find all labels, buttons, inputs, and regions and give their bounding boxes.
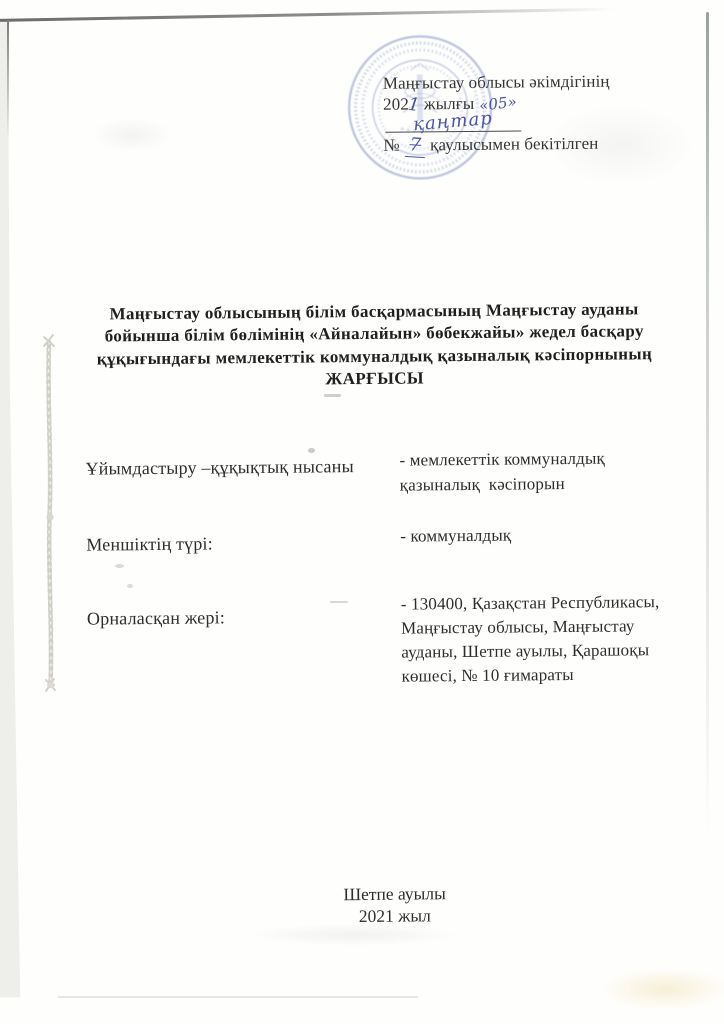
approval-line-number: № 7 қаулысымен бекітілген (383, 133, 643, 157)
approval-block: Маңғыстау облысы әкімдігінің 2021 жылғы … (383, 71, 644, 156)
field-row-legal-form: Ұйымдастыру –құқықтық нысаны - мемлекетт… (0, 445, 724, 452)
handwritten-number: 7 (405, 134, 426, 157)
field-row-location: Орналасқан жері: - 130400, Қазақстан Рес… (2, 590, 724, 597)
page-content: Маңғыстау облысы әкімдігінің 2021 жылғы … (0, 0, 724, 1024)
document-title: Маңғыстау облысының білім басқармасының … (59, 298, 690, 394)
field-label-location: Орналасқан жері: (87, 606, 387, 630)
field-value-location: - 130400, Қазақстан Республикасы, Маңғыс… (401, 590, 702, 689)
scanned-document-page: Маңғыстау облысы әкімдігінің 2021 жылғы … (0, 0, 724, 1024)
field-label-ownership-type: Меншіктің түрі: (86, 532, 386, 556)
handwritten-month: қаңтар (413, 109, 494, 136)
field-label-legal-form: Ұйымдастыру –құқықтық нысаны (85, 456, 385, 480)
field-value-legal-form: - мемлекеттік коммуналдық қазыналық кәсі… (399, 445, 699, 498)
approval-year-typed: 202 (383, 94, 409, 113)
approval-line-date: 2021 жылғы «05»қаңтар (383, 92, 643, 135)
approval-decree-text: қаулысымен бекітілген (430, 133, 598, 154)
field-row-ownership-type: Меншіктің түрі: - коммуналдық (1, 521, 724, 528)
date-underline: қаңтар (385, 113, 521, 132)
document-footer: Шетпе ауылы 2021 жыл (63, 881, 724, 930)
field-value-ownership-type: - коммуналдық (400, 521, 700, 549)
number-sign: № (383, 135, 400, 154)
